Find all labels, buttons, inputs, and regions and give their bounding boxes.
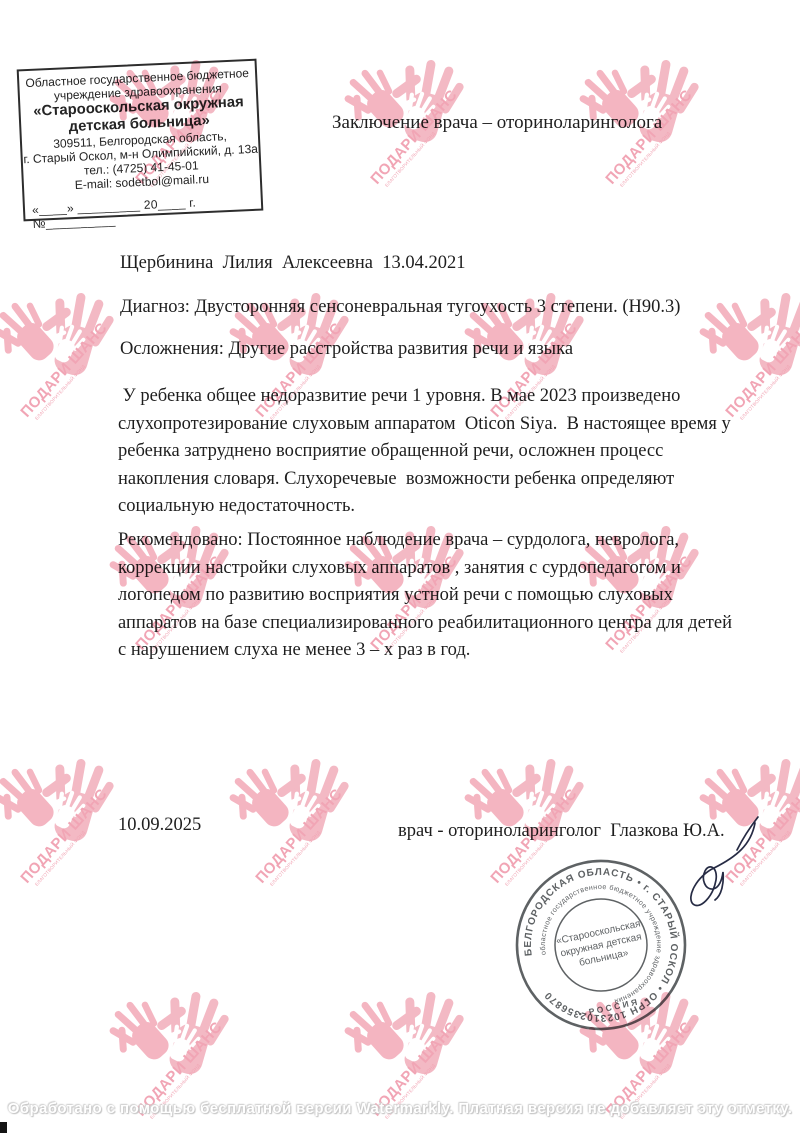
letterhead-stamp-box: Областное государственное бюджетное учре… [17,59,264,222]
paragraph-line: У ребенка общее недоразвитие речи 1 уров… [118,383,758,411]
watermark-logo-instance [218,750,355,891]
round-hospital-seal: БЕЛГОРОДСКАЯ ОБЛАСТЬ • г. СТАРЫЙ ОСКОЛ •… [488,832,713,1057]
document-date: 10.09.2025 [118,815,201,836]
patient-name-and-birthdate: Щербинина Лилия Алексеевна 13.04.2021 [120,253,465,274]
watermarkly-processing-note: Обработано с помощью бесплатной версии W… [0,1100,800,1117]
recommendations-paragraph: Рекомендовано: Постоянное наблюдение вра… [118,527,763,665]
recommendation-line: Рекомендовано: Постоянное наблюдение вра… [118,527,763,555]
watermark-logo-instance [0,750,120,891]
clinical-description-paragraph: У ребенка общее недоразвитие речи 1 уров… [118,383,758,521]
diagnosis-line: Диагноз: Двусторонняя сенсоневральная ту… [120,297,680,318]
signature-stroke [737,817,758,850]
paragraph-line: накопления словаря. Слухоречевые возможн… [118,466,758,494]
complications-line: Осложнения: Другие расстройства развития… [120,339,573,360]
letterhead-blank-date-line: «____» _________ 20____ г. №__________ [25,193,262,232]
paragraph-line: ребенка затруднено восприятие обращенной… [118,438,758,466]
watermark-logo-instance [0,284,120,425]
paragraph-line: социальную недостаточность. [118,493,758,521]
recommendation-line: аппаратов на базе специализированного ре… [118,610,763,638]
document-title: Заключение врача – оториноларинголога [332,112,662,134]
recommendation-line: с нарушением слуха не менее 3 – х раз в … [118,637,763,665]
scanned-medical-document: Областное государственное бюджетное учре… [0,0,800,1138]
recommendation-line: логопедом по развитию восприятия устной … [118,582,763,610]
scan-corner-artifact [0,1122,7,1133]
recommendation-line: коррекции настройки слуховых аппаратов ,… [118,555,763,583]
paragraph-line: слухопротезирование слуховым аппаратом O… [118,411,758,439]
